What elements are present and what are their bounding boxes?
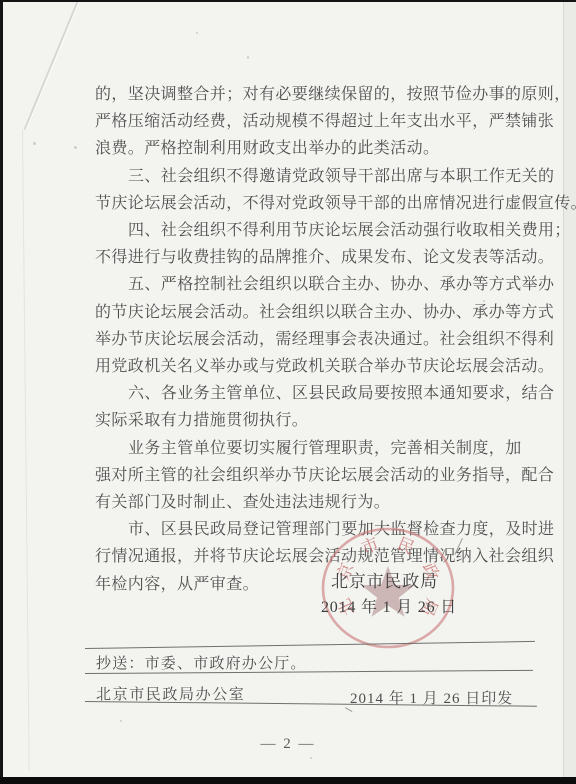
body-line: 五、严格控制社会组织以联合主办、协办、承办等方式举办 xyxy=(95,271,537,298)
scan-speck xyxy=(120,720,122,722)
footer-separator xyxy=(85,641,535,649)
body-line: 行情况通报，并将节庆论坛展会活动规范管理情况纳入社会组织 xyxy=(95,543,537,570)
body-line: 年检内容，从严审查。 xyxy=(95,571,537,598)
body-line: 三、社会组织不得邀请党政领导干部出席与本职工作无关的 xyxy=(95,163,537,190)
scan-border-left xyxy=(0,0,3,784)
body-line: 强对所主管的社会组织举办节庆论坛展会活动的业务指导，配合 xyxy=(95,462,537,489)
seal-arc-char: 民 xyxy=(394,534,417,558)
body-line: 六、各业务主管单位、区县民政局要按照本通知要求，结合 xyxy=(95,380,537,407)
body-line: 业务主管单位要切实履行管理职责，完善相关制度，加 xyxy=(95,435,537,462)
body-line: 用党政机关名义举办或与党政机关联合举办节庆论坛展会活动。 xyxy=(95,353,537,380)
signature-org: 北京市民政局 xyxy=(331,567,438,592)
body-line: 四、社会组织不得利用节庆论坛展会活动强行收取相关费用； xyxy=(95,217,537,244)
scan-speck xyxy=(247,56,249,59)
fold-crease-vertical xyxy=(22,130,30,770)
scanned-document-page: 的，坚决调整合并；对有必要继续保留的，按照节俭办事的原则， 严格压缩活动经费，活… xyxy=(0,0,576,784)
seal-arc-char: 市 xyxy=(359,534,382,558)
body-line: 严格压缩活动经费，活动规模不得超过上年支出水平，严禁铺张 xyxy=(95,108,537,135)
signature-date: 2014 年 1 月 26 日 xyxy=(321,594,457,617)
scan-edge-shadow xyxy=(563,2,576,777)
scan-speck xyxy=(196,32,198,34)
scan-border-bottom xyxy=(0,777,576,784)
body-line: 不得进行与收费挂钩的品牌推介、成果发布、论文发表等活动。 xyxy=(95,244,537,271)
body-line: 的节庆论坛展会活动。社会组织以联合主办、协办、承办等方式 xyxy=(95,299,537,326)
scan-border-top xyxy=(0,0,576,2)
fold-crease-diagonal xyxy=(24,0,80,130)
cc-line: 抄送：市委、市政府办公厅。 xyxy=(96,652,307,673)
body-line: 节庆论坛展会活动，不得对党政领导干部的出席情况进行虚假宣传。 xyxy=(95,190,537,217)
body-line: 浪费。严格控制利用财政支出举办的此类活动。 xyxy=(95,135,537,162)
body-line: 举办节庆论坛展会活动，需经理事会表决通过。社会组织不得利 xyxy=(95,326,537,353)
body-line: 实际采取有力措施贯彻执行。 xyxy=(95,407,537,434)
page-number: — 2 — xyxy=(0,736,576,753)
body-line: 的，坚决调整合并；对有必要继续保留的，按照节俭办事的原则， xyxy=(95,81,537,108)
scan-speck xyxy=(33,142,36,145)
body-line: 有关部门及时制止、查处违法违规行为。 xyxy=(95,489,537,516)
scan-speck xyxy=(310,757,312,759)
scan-speck xyxy=(74,146,77,149)
body-line: 市、区县民政局登记管理部门要加大监督检查力度，及时进 xyxy=(95,516,537,543)
document-body: 的，坚决调整合并；对有必要继续保留的，按照节俭办事的原则， 严格压缩活动经费，活… xyxy=(95,81,537,598)
